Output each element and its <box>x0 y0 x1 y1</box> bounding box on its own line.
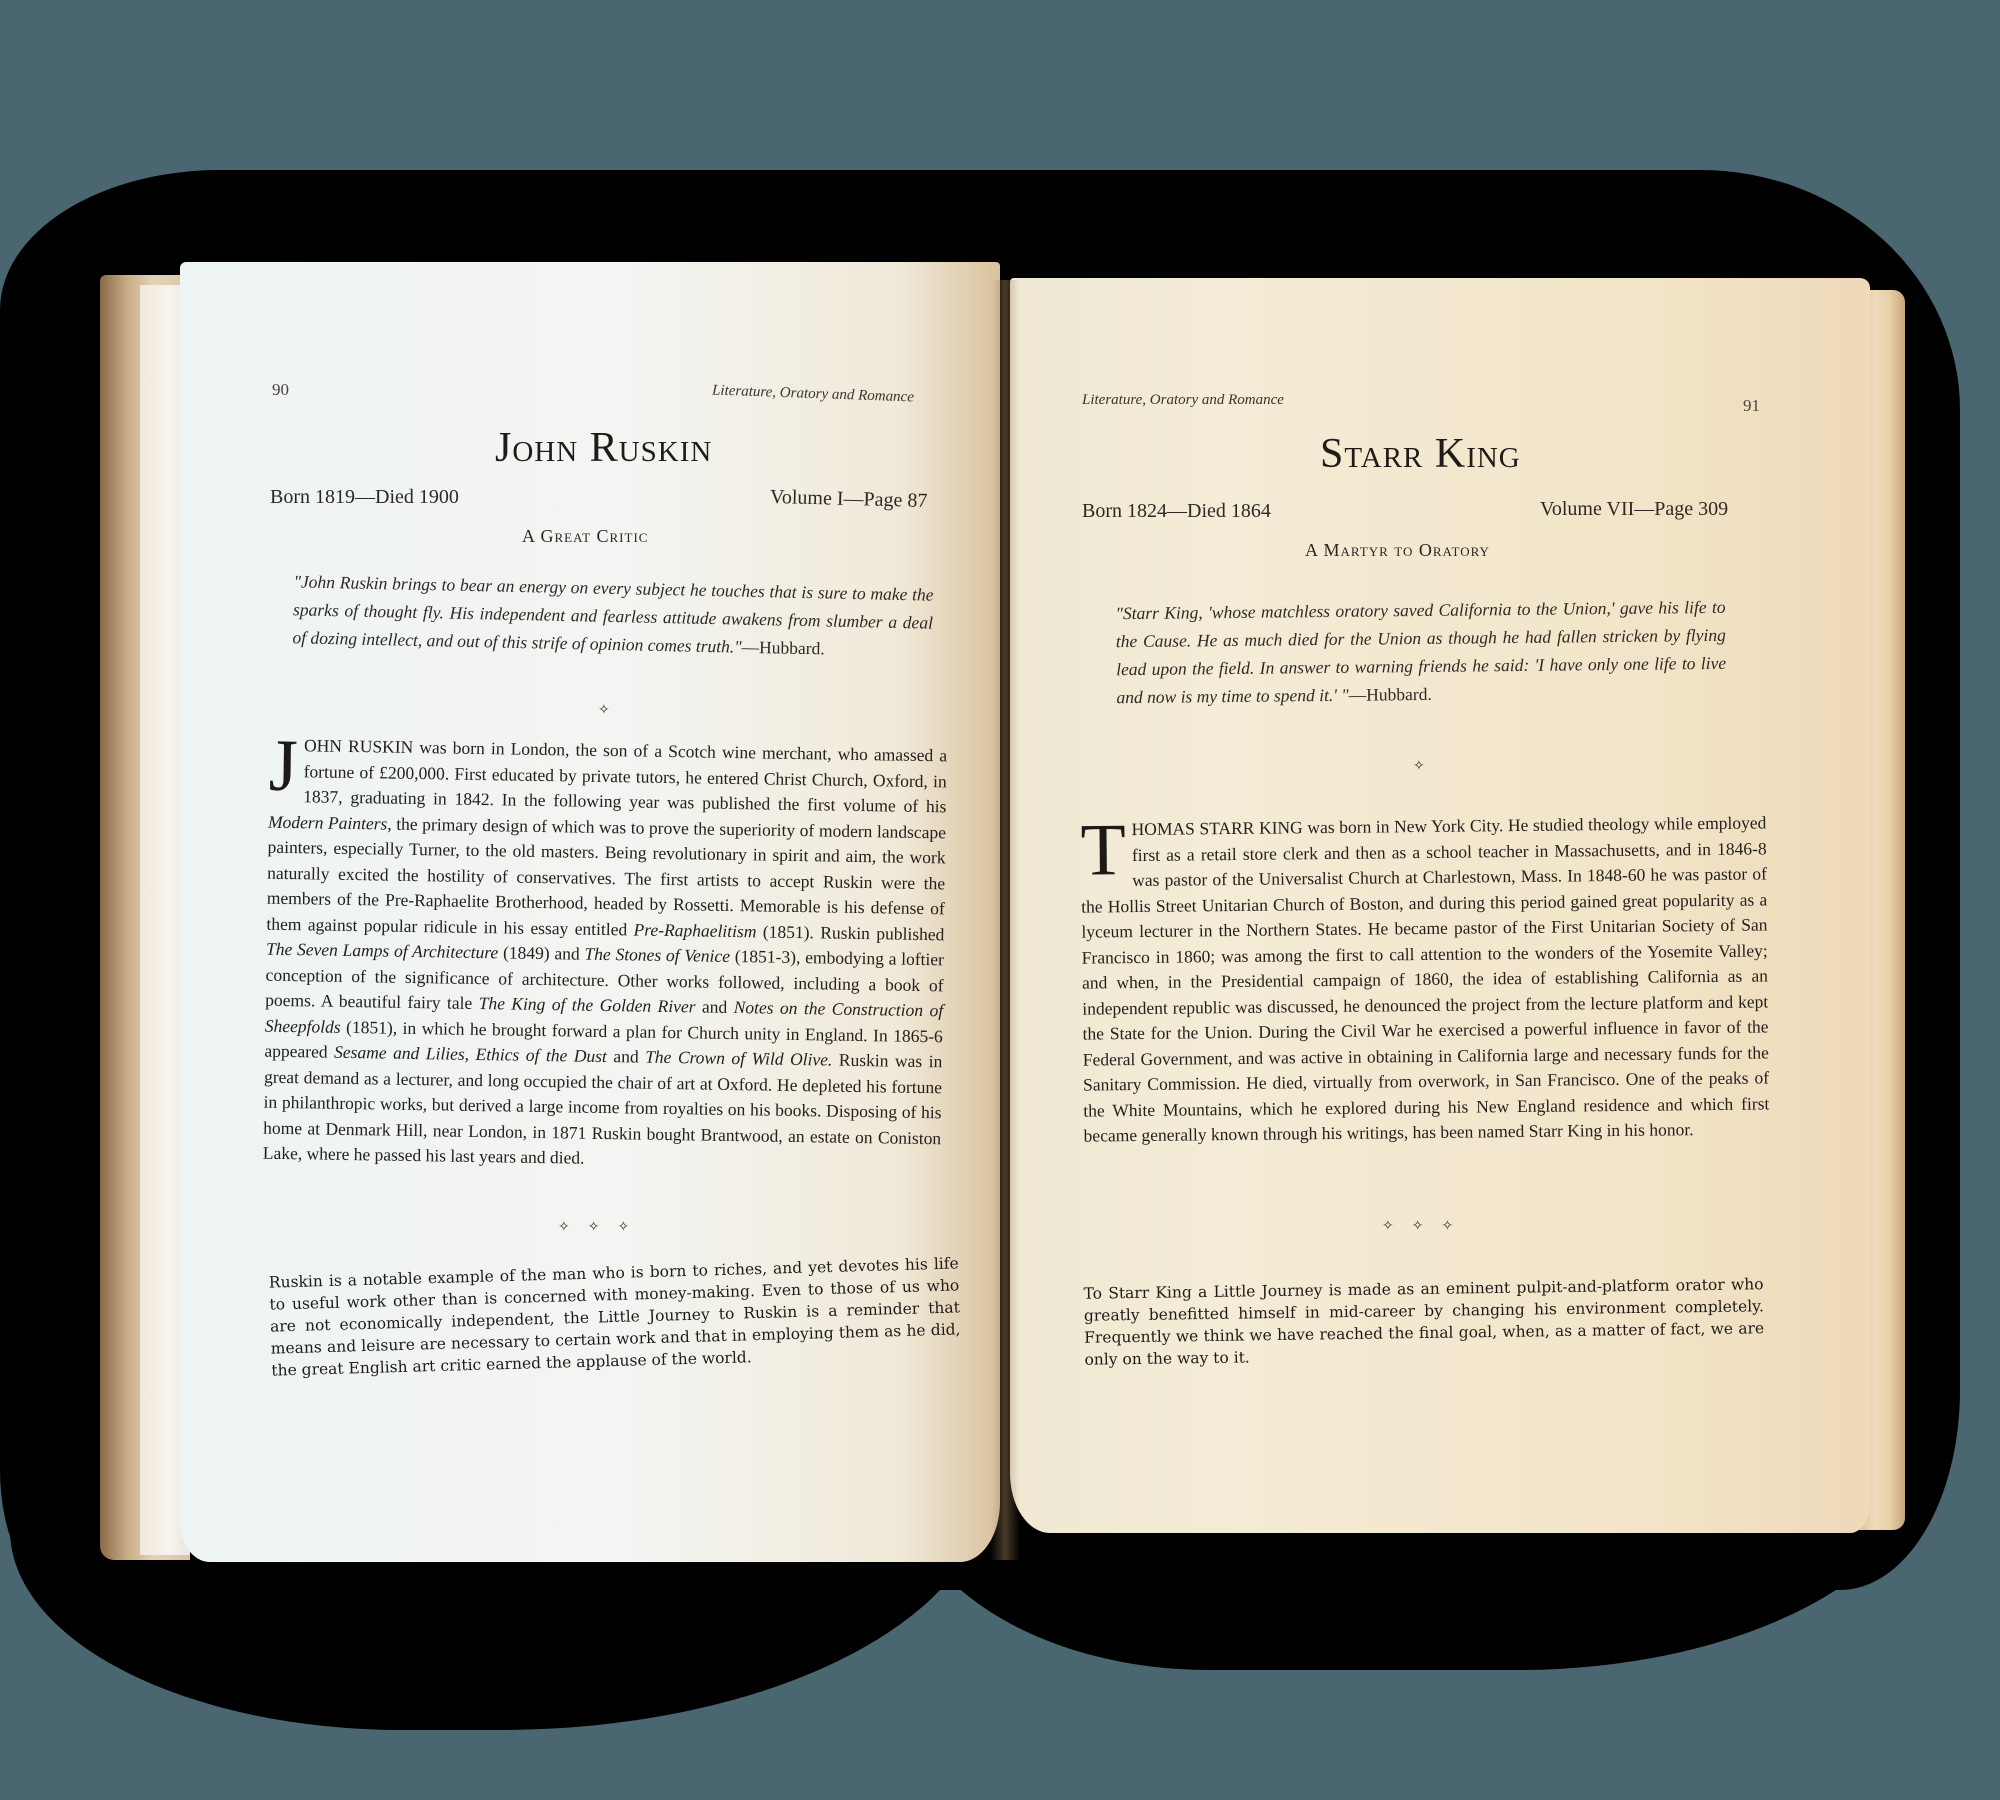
page-title: John Ruskin <box>495 424 712 472</box>
born-died: Born 1819—Died 1900 <box>270 486 459 509</box>
volume-reference: Volume I—Page 87 <box>770 486 928 513</box>
running-head: Literature, Oratory and Romance <box>712 382 914 406</box>
quote-attribution: —Hubbard. <box>1349 684 1432 705</box>
subtitle: A Martyr to Oratory <box>1305 540 1490 561</box>
running-head: Literature, Oratory and Romance <box>1082 392 1284 409</box>
subtitle: A Great Critic <box>522 526 648 547</box>
ornament-triple-icon: ✧✧✧ <box>1382 1218 1471 1235</box>
epigraph-quote: "Starr King, 'whose matchless oratory sa… <box>1115 593 1726 711</box>
right-page: Literature, Oratory and Romance 91 Starr… <box>1010 278 1870 1533</box>
drop-cap: T <box>1080 819 1126 881</box>
book-gutter <box>990 280 1020 1560</box>
born-died: Born 1824—Died 1864 <box>1082 500 1271 523</box>
ornament-triple-icon: ✧✧✧ <box>558 1219 647 1236</box>
drop-cap: J <box>268 735 298 797</box>
ornament-icon: ✧ <box>1413 758 1443 775</box>
quote-text: "John Ruskin brings to bear an energy on… <box>292 571 933 656</box>
left-page: 90 Literature, Oratory and Romance John … <box>180 262 1000 1562</box>
page-number: 91 <box>1743 396 1760 416</box>
page-title: Starr King <box>1320 430 1521 478</box>
biography-text: THOMAS STARR KING was born in New York C… <box>1080 810 1769 1149</box>
page-number: 90 <box>272 380 289 400</box>
quote-attribution: —Hubbard. <box>741 637 825 659</box>
summary-paragraph: To Starr King a Little Journey is made a… <box>1083 1273 1764 1370</box>
volume-reference: Volume VII—Page 309 <box>1540 498 1728 521</box>
summary-paragraph: Ruskin is a notable example of the man w… <box>269 1252 962 1381</box>
biography-text: JOHN RUSKIN was born in London, the son … <box>263 733 948 1177</box>
epigraph-quote: "John Ruskin brings to bear an energy on… <box>292 567 934 664</box>
ornament-icon: ✧ <box>598 702 628 719</box>
